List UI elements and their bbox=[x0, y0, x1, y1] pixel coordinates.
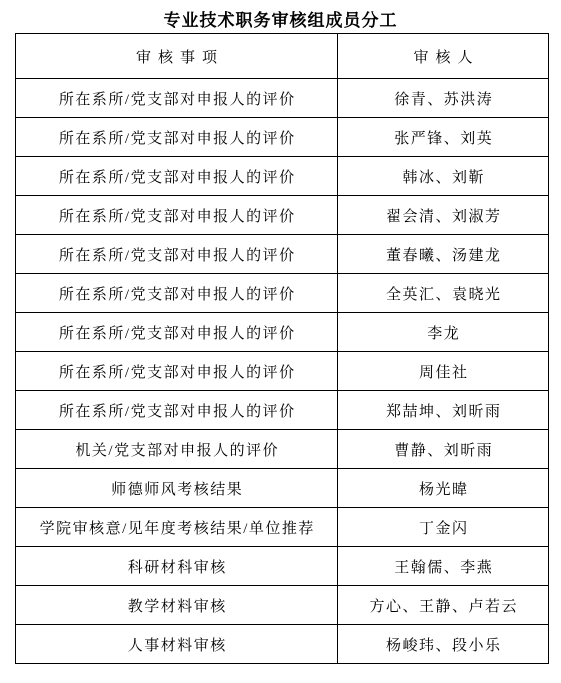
review-item-cell: 机关/党支部对申报人的评价 bbox=[16, 430, 338, 469]
reviewer-cell: 杨光暐 bbox=[338, 469, 549, 508]
reviewer-cell: 张严锋、刘英 bbox=[338, 118, 549, 157]
reviewer-cell: 曹静、刘昕雨 bbox=[338, 430, 549, 469]
review-item-cell: 师德师风考核结果 bbox=[16, 469, 338, 508]
table-row: 所在系所/党支部对申报人的评价全英汇、袁晓光 bbox=[16, 274, 549, 313]
table-row: 科研材科审核王翰儒、李燕 bbox=[16, 547, 549, 586]
column-header-reviewer: 审核人 bbox=[338, 34, 549, 79]
review-item-cell: 教学材料审核 bbox=[16, 586, 338, 625]
reviewer-cell: 李龙 bbox=[338, 313, 549, 352]
reviewer-cell: 翟会清、刘淑芳 bbox=[338, 196, 549, 235]
header-row: 审核事项 审核人 bbox=[16, 34, 549, 79]
table-row: 所在系所/党支部对申报人的评价徐青、苏洪涛 bbox=[16, 79, 549, 118]
table-row: 所在系所/党支部对申报人的评价韩冰、刘靳 bbox=[16, 157, 549, 196]
table-row: 教学材料审核方心、王静、卢若云 bbox=[16, 586, 549, 625]
review-item-cell: 所在系所/党支部对申报人的评价 bbox=[16, 118, 338, 157]
reviewer-cell: 全英汇、袁晓光 bbox=[338, 274, 549, 313]
review-item-cell: 所在系所/党支部对申报人的评价 bbox=[16, 157, 338, 196]
table-row: 所在系所/党支部对申报人的评价李龙 bbox=[16, 313, 549, 352]
reviewer-cell: 杨峻玮、段小乐 bbox=[338, 625, 549, 664]
review-item-cell: 所在系所/党支部对申报人的评价 bbox=[16, 274, 338, 313]
reviewer-cell: 方心、王静、卢若云 bbox=[338, 586, 549, 625]
page-title: 专业技术职务审核组成员分工 bbox=[0, 0, 561, 30]
table-row: 学院审核意/见年度考核结果/单位推荐丁金闪 bbox=[16, 508, 549, 547]
review-item-cell: 所在系所/党支部对申报人的评价 bbox=[16, 313, 338, 352]
table-row: 师德师风考核结果杨光暐 bbox=[16, 469, 549, 508]
review-item-cell: 所在系所/党支部对申报人的评价 bbox=[16, 391, 338, 430]
review-item-cell: 所在系所/党支部对申报人的评价 bbox=[16, 352, 338, 391]
reviewer-cell: 董春曦、汤建龙 bbox=[338, 235, 549, 274]
review-item-cell: 人事材料审核 bbox=[16, 625, 338, 664]
reviewer-cell: 徐青、苏洪涛 bbox=[338, 79, 549, 118]
review-item-cell: 所在系所/党支部对申报人的评价 bbox=[16, 235, 338, 274]
table-row: 所在系所/党支部对申报人的评价翟会清、刘淑芳 bbox=[16, 196, 549, 235]
reviewer-cell: 丁金闪 bbox=[338, 508, 549, 547]
table-row: 人事材料审核杨峻玮、段小乐 bbox=[16, 625, 549, 664]
table-body: 所在系所/党支部对申报人的评价徐青、苏洪涛所在系所/党支部对申报人的评价张严锋、… bbox=[16, 79, 549, 664]
table-row: 所在系所/党支部对申报人的评价董春曦、汤建龙 bbox=[16, 235, 549, 274]
table-row: 机关/党支部对申报人的评价曹静、刘昕雨 bbox=[16, 430, 549, 469]
table-row: 所在系所/党支部对申报人的评价张严锋、刘英 bbox=[16, 118, 549, 157]
reviewer-cell: 韩冰、刘靳 bbox=[338, 157, 549, 196]
reviewer-cell: 郑喆坤、刘昕雨 bbox=[338, 391, 549, 430]
review-item-cell: 科研材科审核 bbox=[16, 547, 338, 586]
column-header-review-item: 审核事项 bbox=[16, 34, 338, 79]
table-row: 所在系所/党支部对申报人的评价周佳社 bbox=[16, 352, 549, 391]
reviewer-cell: 王翰儒、李燕 bbox=[338, 547, 549, 586]
review-item-cell: 所在系所/党支部对申报人的评价 bbox=[16, 79, 338, 118]
reviewer-cell: 周佳社 bbox=[338, 352, 549, 391]
review-table: 审核事项 审核人 所在系所/党支部对申报人的评价徐青、苏洪涛所在系所/党支部对申… bbox=[15, 33, 549, 664]
review-item-cell: 学院审核意/见年度考核结果/单位推荐 bbox=[16, 508, 338, 547]
review-item-cell: 所在系所/党支部对申报人的评价 bbox=[16, 196, 338, 235]
table-row: 所在系所/党支部对申报人的评价郑喆坤、刘昕雨 bbox=[16, 391, 549, 430]
